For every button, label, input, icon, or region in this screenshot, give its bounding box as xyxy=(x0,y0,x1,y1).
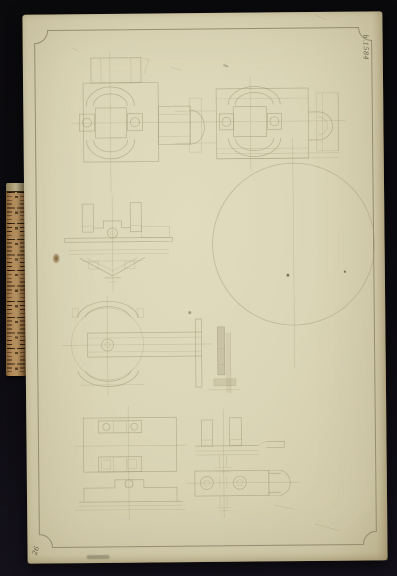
pencil-smudges xyxy=(71,15,339,534)
section-detail-center xyxy=(208,327,240,393)
view-plan-top-left xyxy=(71,51,217,192)
view-plan-top-right xyxy=(208,76,346,171)
drawing-sheet: b.1584 26 xyxy=(22,11,387,563)
view-bottom-right xyxy=(186,408,301,518)
ruler-end-cap xyxy=(6,183,26,192)
view-plan-bottom-left xyxy=(74,405,187,520)
photo-backdrop: b.1584 26 xyxy=(0,0,397,576)
view-plan-mid-left xyxy=(61,295,212,396)
large-circle xyxy=(212,137,376,369)
sheet-drawing xyxy=(22,11,387,563)
ruler xyxy=(6,183,26,376)
sheet-border xyxy=(35,27,377,547)
view-elevation-mid-left xyxy=(64,195,173,292)
handwritten-inventory-number: b.1584 xyxy=(362,34,370,60)
illegible-stamp xyxy=(87,555,110,559)
ruler-numbers xyxy=(15,196,18,370)
